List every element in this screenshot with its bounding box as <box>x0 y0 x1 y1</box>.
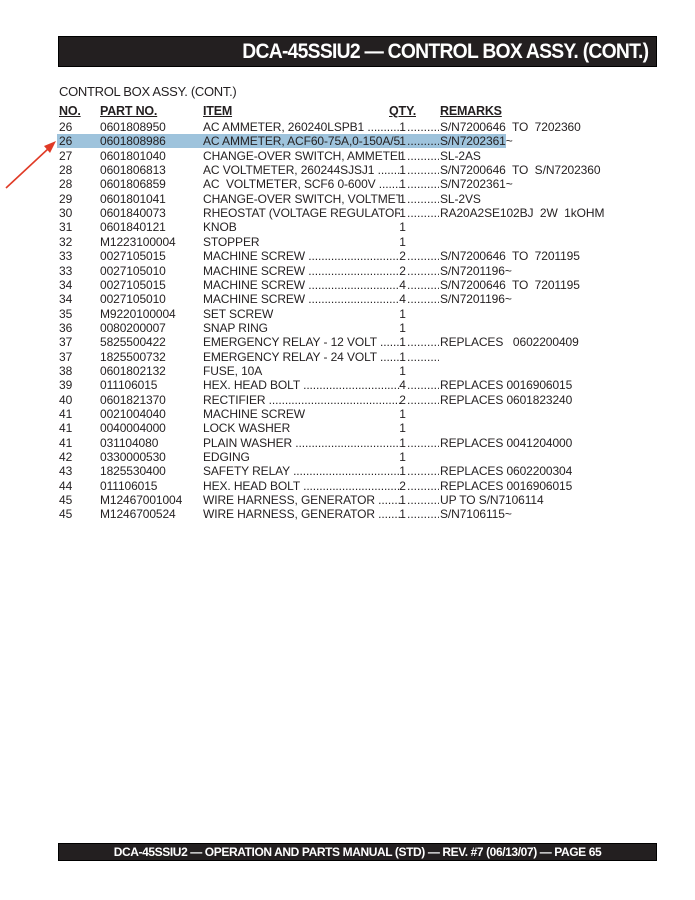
quantity: 1 <box>398 436 407 450</box>
dot-leader: ........................................… <box>305 264 400 278</box>
part-number: 0601808950 <box>100 120 166 134</box>
quantity: 1 <box>398 149 407 163</box>
item-description-text: MACHINE SCREW <box>203 292 305 306</box>
item-number: 41 <box>59 407 72 421</box>
dot-leader: ........................................… <box>407 335 439 349</box>
dot-leader: ........................................… <box>375 493 400 507</box>
item-number: 37 <box>59 350 72 364</box>
remarks: RA20A2SE102BJ 2W 1kOHM <box>440 206 604 220</box>
dot-leader: ........................................… <box>407 264 439 278</box>
item-number: 34 <box>59 292 72 306</box>
item-description-text: CHANGE-OVER SWITCH, AMMETER <box>203 149 400 163</box>
quantity: 1 <box>398 321 407 335</box>
table-row: 260601808950AC AMMETER, 260240LSPB1 ....… <box>0 120 695 134</box>
item-description: EDGING <box>203 450 400 464</box>
quantity: 1 <box>398 493 407 507</box>
table-row: 45M1246700524WIRE HARNESS, GENERATOR ...… <box>0 507 695 521</box>
item-description: CHANGE-OVER SWITCH, AMMETER ............… <box>203 149 400 163</box>
column-header-no: NO. <box>59 104 81 118</box>
quantity: 1 <box>398 134 407 148</box>
remarks: REPLACES 0016906015 <box>440 479 572 493</box>
quantity: 4 <box>398 378 407 392</box>
part-number: M9220100004 <box>100 307 176 321</box>
dot-leader: ........................................… <box>265 393 400 407</box>
table-row: 45M12467001004WIRE HARNESS, GENERATOR ..… <box>0 493 695 507</box>
item-number: 37 <box>59 335 72 349</box>
item-description: CHANGE-OVER SWITCH, VOLTMETER ..........… <box>203 192 400 206</box>
table-row: 375825500422EMERGENCY RELAY - 12 VOLT ..… <box>0 335 695 349</box>
part-number: 0601821370 <box>100 393 166 407</box>
item-description: SNAP RING <box>203 321 400 335</box>
quantity: 1 <box>398 464 407 478</box>
part-number: 0601840073 <box>100 206 166 220</box>
table-row: 371825500732EMERGENCY RELAY - 24 VOLT ..… <box>0 350 695 364</box>
quantity: 1 <box>398 192 407 206</box>
quantity: 1 <box>398 163 407 177</box>
dot-leader: ........................................… <box>407 120 439 134</box>
part-number: 0601840121 <box>100 220 166 234</box>
quantity: 1 <box>398 235 407 249</box>
remarks: S/N7200646 TO 7201195 <box>440 278 580 292</box>
dot-leader: ........................................… <box>407 436 439 450</box>
item-number: 35 <box>59 307 72 321</box>
table-row: 400601821370RECTIFIER ..................… <box>0 393 695 407</box>
part-number: M1246700524 <box>100 507 176 521</box>
dot-leader: ........................................… <box>407 507 439 521</box>
dot-leader: ........................................… <box>377 335 400 349</box>
item-description-text: RHEOSTAT (VOLTAGE REGULATOR) <box>203 206 400 220</box>
table-row: 330027105010MACHINE SCREW ..............… <box>0 264 695 278</box>
part-number: M12467001004 <box>100 493 182 507</box>
dot-leader: ........................................… <box>305 292 400 306</box>
item-number: 32 <box>59 235 72 249</box>
item-description: MACHINE SCREW ..........................… <box>203 292 400 306</box>
item-number: 44 <box>59 479 72 493</box>
remarks: S/N7202361~ <box>440 134 513 148</box>
item-description-text: AC VOLTMETER, SCF6 0-600V <box>203 177 376 191</box>
part-number: 0601808986 <box>100 134 166 148</box>
item-description-text: AC AMMETER, ACF60-75A,0-150A/5A <box>203 134 400 148</box>
table-row: 420330000530EDGING1 <box>0 450 695 464</box>
remarks: UP TO S/N7106114 <box>440 493 544 507</box>
dot-leader: ........................................… <box>375 507 400 521</box>
item-description: EMERGENCY RELAY - 12 VOLT ..............… <box>203 335 400 349</box>
item-description-text: SAFETY RELAY <box>203 464 290 478</box>
quantity: 4 <box>398 292 407 306</box>
item-number: 33 <box>59 249 72 263</box>
part-number: 0027105010 <box>100 264 166 278</box>
dot-leader: ........................................… <box>407 192 439 206</box>
dot-leader: ........................................… <box>407 350 439 364</box>
item-number: 36 <box>59 321 72 335</box>
table-row: 410021004040MACHINE SCREW1 <box>0 407 695 421</box>
item-description-text: SET SCREW <box>203 307 273 321</box>
table-row: 39011106015HEX. HEAD BOLT ..............… <box>0 378 695 392</box>
item-description-text: SNAP RING <box>203 321 268 335</box>
column-header-qty: QTY. <box>389 104 416 118</box>
dot-leader: ........................................… <box>407 393 439 407</box>
dot-leader: ........................................… <box>407 149 439 163</box>
table-row: 44011106015HEX. HEAD BOLT ..............… <box>0 479 695 493</box>
remarks: REPLACES 0601823240 <box>440 393 572 407</box>
part-number: 0601801040 <box>100 149 166 163</box>
dot-leader: ........................................… <box>377 350 400 364</box>
dot-leader: ........................................… <box>407 249 439 263</box>
part-number: 0601806813 <box>100 163 166 177</box>
dot-leader: ........................................… <box>300 378 400 392</box>
item-description: HEX. HEAD BOLT .........................… <box>203 378 400 392</box>
item-description-text: AC VOLTMETER, 260244SJSJ1 <box>203 163 374 177</box>
quantity: 1 <box>398 177 407 191</box>
remarks: REPLACES 0602200409 <box>440 335 579 349</box>
table-row: 360080200007SNAP RING1 <box>0 321 695 335</box>
part-number: 011106015 <box>100 479 157 493</box>
quantity: 1 <box>398 335 407 349</box>
item-description: RECTIFIER ..............................… <box>203 393 400 407</box>
table-row: 330027105015MACHINE SCREW ..............… <box>0 249 695 263</box>
item-description-text: HEX. HEAD BOLT <box>203 479 300 493</box>
item-description: MACHINE SCREW ..........................… <box>203 278 400 292</box>
quantity: 1 <box>398 364 407 378</box>
remarks: REPLACES 0016906015 <box>440 378 572 392</box>
table-row: 431825530400SAFETY RELAY ...............… <box>0 464 695 478</box>
part-number: 031104080 <box>100 436 158 450</box>
dot-leader: ........................................… <box>407 206 439 220</box>
item-description-text: FUSE, 10A <box>203 364 262 378</box>
part-number: 0601806859 <box>100 177 166 191</box>
part-number: 011106015 <box>100 378 157 392</box>
quantity: 1 <box>398 421 407 435</box>
item-description-text: LOCK WASHER <box>203 421 290 435</box>
column-header-part-no: PART NO. <box>100 104 157 118</box>
item-description-text: PLAIN WASHER <box>203 436 292 450</box>
dot-leader: ........................................… <box>407 493 439 507</box>
dot-leader: ........................................… <box>407 378 439 392</box>
item-description: AC VOLTMETER, SCF6 0-600V ..............… <box>203 177 400 191</box>
item-description-text: EMERGENCY RELAY - 24 VOLT <box>203 350 377 364</box>
item-description-text: AC AMMETER, 260240LSPB1 <box>203 120 364 134</box>
dot-leader: ........................................… <box>407 177 439 191</box>
part-number: 1825530400 <box>100 464 166 478</box>
item-description-text: MACHINE SCREW <box>203 278 305 292</box>
item-description: RHEOSTAT (VOLTAGE REGULATOR) ...........… <box>203 206 400 220</box>
part-number: 0080200007 <box>100 321 166 335</box>
page-title: DCA-45SSIU2 — CONTROL BOX ASSY. (CONT.) <box>242 40 648 64</box>
item-number: 43 <box>59 464 72 478</box>
dot-leader: ........................................… <box>376 177 400 191</box>
page-header-bar: DCA-45SSIU2 — CONTROL BOX ASSY. (CONT.) <box>58 36 657 67</box>
remarks: S/N7201196~ <box>440 264 512 278</box>
item-description: EMERGENCY RELAY - 24 VOLT ..............… <box>203 350 400 364</box>
table-row: 340027105010MACHINE SCREW ..............… <box>0 292 695 306</box>
item-description-text: EDGING <box>203 450 250 464</box>
dot-leader: ........................................… <box>364 120 400 134</box>
quantity: 2 <box>398 479 407 493</box>
item-description-text: CHANGE-OVER SWITCH, VOLTMETER <box>203 192 400 206</box>
item-description: PLAIN WASHER ...........................… <box>203 436 400 450</box>
item-description-text: HEX. HEAD BOLT <box>203 378 300 392</box>
remarks: S/N7200646 TO S/N7202360 <box>440 163 600 177</box>
quantity: 1 <box>398 350 407 364</box>
quantity: 1 <box>398 307 407 321</box>
table-row: 270601801040CHANGE-OVER SWITCH, AMMETER … <box>0 149 695 163</box>
arrow-pointer-icon <box>0 130 70 195</box>
part-number: 0021004040 <box>100 407 166 421</box>
part-number: 0601802132 <box>100 364 166 378</box>
dot-leader: ........................................… <box>407 278 439 292</box>
part-number: 0027105015 <box>100 249 166 263</box>
item-description: LOCK WASHER <box>203 421 400 435</box>
dot-leader: ........................................… <box>290 464 400 478</box>
item-description: AC AMMETER, ACF60-75A,0-150A/5A ........… <box>203 134 400 148</box>
table-row: 310601840121KNOB1 <box>0 220 695 234</box>
item-number: 30 <box>59 206 72 220</box>
dot-leader: ........................................… <box>300 479 400 493</box>
item-description: WIRE HARNESS, GENERATOR ................… <box>203 507 400 521</box>
section-title: CONTROL BOX ASSY. (CONT.) <box>59 84 236 99</box>
quantity: 1 <box>398 450 407 464</box>
table-row-highlighted: 260601808986AC AMMETER, ACF60-75A,0-150A… <box>0 134 695 148</box>
remarks: S/N7201196~ <box>440 292 512 306</box>
item-number: 45 <box>59 507 72 521</box>
table-row: 340027105015MACHINE SCREW ..............… <box>0 278 695 292</box>
item-description-text: KNOB <box>203 220 237 234</box>
column-header-remarks: REMARKS <box>440 104 502 118</box>
item-number: 42 <box>59 450 72 464</box>
table-row: 41031104080PLAIN WASHER ................… <box>0 436 695 450</box>
quantity: 1 <box>398 220 407 234</box>
item-number: 34 <box>59 278 72 292</box>
part-number: M1223100004 <box>100 235 176 249</box>
remarks: SL-2VS <box>440 192 481 206</box>
item-description: FUSE, 10A <box>203 364 400 378</box>
quantity: 4 <box>398 278 407 292</box>
item-number: 45 <box>59 493 72 507</box>
table-row: 280601806859AC VOLTMETER, SCF6 0-600V ..… <box>0 177 695 191</box>
part-number: 5825500422 <box>100 335 166 349</box>
item-description: WIRE HARNESS, GENERATOR ................… <box>203 493 400 507</box>
remarks: S/N7202361~ <box>440 177 513 191</box>
item-description: STOPPER <box>203 235 400 249</box>
item-number: 33 <box>59 264 72 278</box>
remarks: S/N7106115~ <box>440 507 512 521</box>
item-number: 31 <box>59 220 72 234</box>
dot-leader: ........................................… <box>305 278 400 292</box>
table-row: 380601802132FUSE, 10A1 <box>0 364 695 378</box>
remarks: SL-2AS <box>440 149 481 163</box>
item-number: 38 <box>59 364 72 378</box>
quantity: 2 <box>398 249 407 263</box>
quantity: 1 <box>398 507 407 521</box>
dot-leader: ........................................… <box>407 292 439 306</box>
table-row: 290601801041CHANGE-OVER SWITCH, VOLTMETE… <box>0 192 695 206</box>
remarks: REPLACES 0041204000 <box>440 436 572 450</box>
quantity: 2 <box>398 264 407 278</box>
item-description: KNOB <box>203 220 400 234</box>
remarks: S/N7200646 TO 7202360 <box>440 120 581 134</box>
dot-leader: ........................................… <box>407 464 439 478</box>
item-description-text: STOPPER <box>203 235 259 249</box>
part-number: 0027105010 <box>100 292 166 306</box>
part-number: 0601801041 <box>100 192 166 206</box>
item-description-text: MACHINE SCREW <box>203 264 305 278</box>
item-description: HEX. HEAD BOLT .........................… <box>203 479 400 493</box>
item-number: 41 <box>59 421 72 435</box>
table-row: 280601806813AC VOLTMETER, 260244SJSJ1 ..… <box>0 163 695 177</box>
item-description-text: MACHINE SCREW <box>203 407 305 421</box>
quantity: 1 <box>398 120 407 134</box>
part-number: 0040004000 <box>100 421 166 435</box>
item-description: MACHINE SCREW ..........................… <box>203 249 400 263</box>
column-header-item: ITEM <box>203 104 232 118</box>
remarks: S/N7200646 TO 7201195 <box>440 249 580 263</box>
item-description: MACHINE SCREW <box>203 407 400 421</box>
item-number: 41 <box>59 436 72 450</box>
item-number: 40 <box>59 393 72 407</box>
dot-leader: ........................................… <box>305 249 400 263</box>
table-row: 300601840073RHEOSTAT (VOLTAGE REGULATOR)… <box>0 206 695 220</box>
item-description: AC AMMETER, 260240LSPB1 ................… <box>203 120 400 134</box>
dot-leader: ........................................… <box>407 163 439 177</box>
quantity: 1 <box>398 407 407 421</box>
quantity: 1 <box>398 206 407 220</box>
table-row: 35M9220100004SET SCREW1 <box>0 307 695 321</box>
remarks: REPLACES 0602200304 <box>440 464 572 478</box>
item-description-text: RECTIFIER <box>203 393 265 407</box>
item-description-text: MACHINE SCREW <box>203 249 305 263</box>
dot-leader: ........................................… <box>374 163 400 177</box>
dot-leader: ........................................… <box>407 479 439 493</box>
item-description: SAFETY RELAY ...........................… <box>203 464 400 478</box>
dot-leader: ........................................… <box>407 134 439 148</box>
footer-text: DCA-45SSIU2 — OPERATION AND PARTS MANUAL… <box>59 845 656 859</box>
part-number: 0330000530 <box>100 450 166 464</box>
dot-leader: ........................................… <box>292 436 400 450</box>
item-description-text: WIRE HARNESS, GENERATOR <box>203 493 375 507</box>
part-number: 1825500732 <box>100 350 166 364</box>
quantity: 2 <box>398 393 407 407</box>
item-number: 39 <box>59 378 72 392</box>
item-description: SET SCREW <box>203 307 400 321</box>
item-description-text: EMERGENCY RELAY - 12 VOLT <box>203 335 377 349</box>
item-description: AC VOLTMETER, 260244SJSJ1 ..............… <box>203 163 400 177</box>
table-row: 410040004000LOCK WASHER1 <box>0 421 695 435</box>
page-footer-bar: DCA-45SSIU2 — OPERATION AND PARTS MANUAL… <box>58 843 657 861</box>
item-description-text: WIRE HARNESS, GENERATOR <box>203 507 375 521</box>
part-number: 0027105015 <box>100 278 166 292</box>
item-description: MACHINE SCREW ..........................… <box>203 264 400 278</box>
table-row: 32M1223100004STOPPER1 <box>0 235 695 249</box>
